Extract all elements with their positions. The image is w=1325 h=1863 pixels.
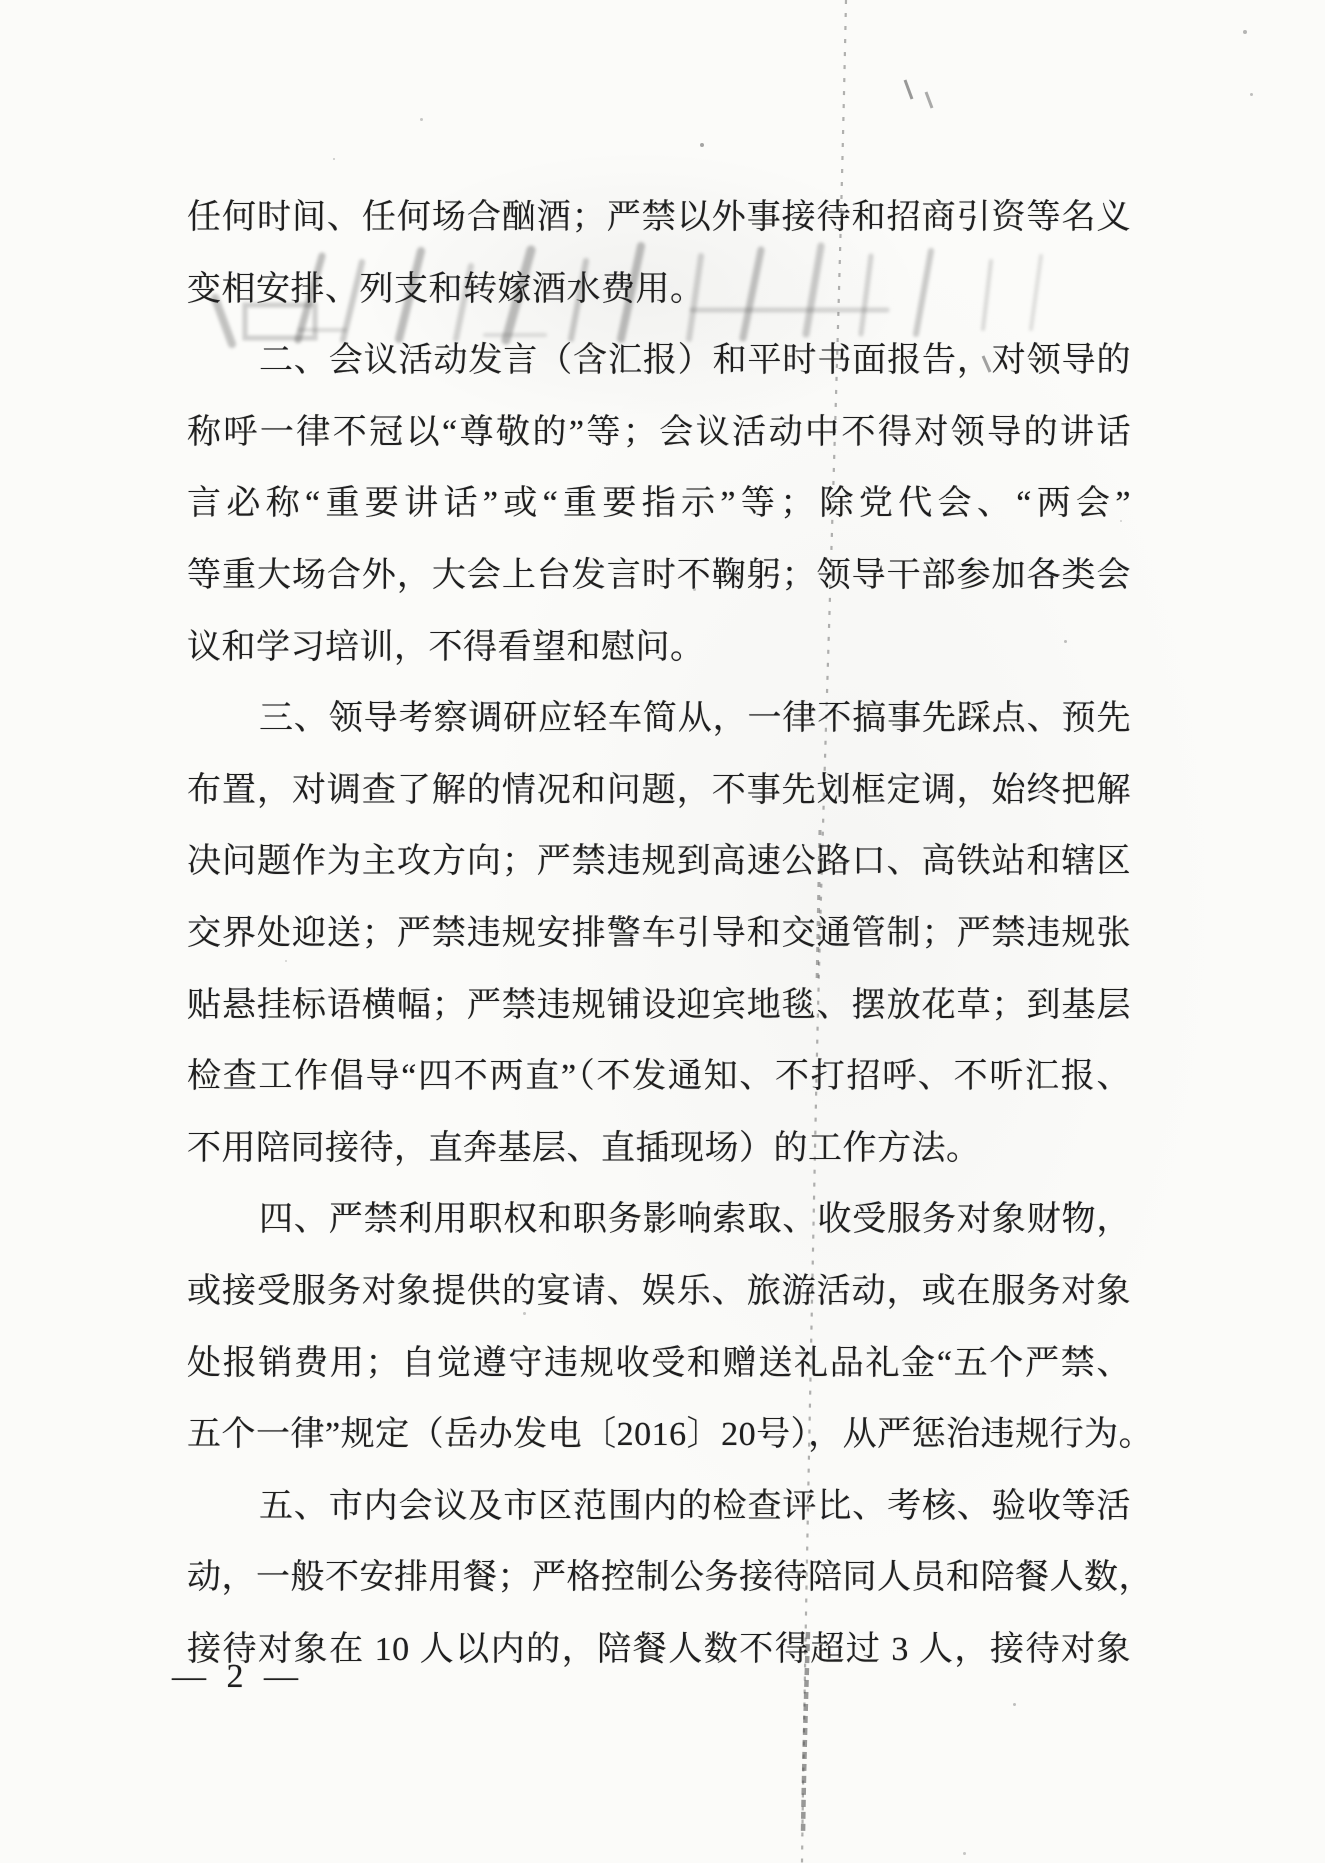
scan-speck [420, 118, 423, 121]
text-line: 交界处迎送；严禁违规安排警车引导和交通管制；严禁违规张 [187, 898, 1131, 970]
text-line: 二、会议活动发言（含汇报）和平时书面报告，对领导的 [187, 325, 1131, 397]
page-number: — 2 — [172, 1658, 304, 1696]
document-body-text: 任何时间、任何场合酗酒；严禁以外事接待和招商引资等名义变相安排、列支和转嫁酒水费… [187, 182, 1131, 1685]
text-line: 四、严禁利用职权和职务影响索取、收受服务对象财物， [187, 1184, 1131, 1256]
text-line: 任何时间、任何场合酗酒；严禁以外事接待和招商引资等名义 [187, 182, 1131, 254]
text-line: 五个一律”规定（岳办发电〔2016〕20号），从严惩治违规行为。 [187, 1399, 1131, 1471]
scan-speck [333, 158, 335, 160]
text-line: 三、领导考察调研应轻车简从，一律不搞事先踩点、预先 [187, 683, 1131, 755]
text-line: 布置，对调查了解的情况和问题，不事先划框定调，始终把解 [187, 755, 1131, 827]
text-line: 言必称“重要讲话”或“重要指示”等；除党代会、“两会” [187, 468, 1131, 540]
scan-speck [700, 143, 704, 147]
scan-speck [1013, 1703, 1016, 1706]
scan-speck [1250, 93, 1253, 96]
text-line: 动，一般不安排用餐；严格控制公务接待陪同人员和陪餐人数， [187, 1542, 1131, 1614]
text-line: 称呼一律不冠以“尊敬的”等；会议活动中不得对领导的讲话 [187, 397, 1131, 469]
text-line: 决问题作为主攻方向；严禁违规到高速公路口、高铁站和辖区 [187, 826, 1131, 898]
text-line: 或接受服务对象提供的宴请、娱乐、旅游活动，或在服务对象 [187, 1256, 1131, 1328]
text-line: 变相安排、列支和转嫁酒水费用。 [187, 254, 1131, 326]
text-line: 等重大场合外，大会上台发言时不鞠躬；领导干部参加各类会 [187, 540, 1131, 612]
scan-speck [1243, 30, 1247, 34]
scanned-document-page: 任何时间、任何场合酗酒；严禁以外事接待和招商引资等名义变相安排、列支和转嫁酒水费… [0, 0, 1325, 1863]
text-line: 不用陪同接待，直奔基层、直插现场）的工作方法。 [187, 1113, 1131, 1185]
text-line: 接待对象在 10 人以内的，陪餐人数不得超过 3 人，接待对象 [187, 1614, 1131, 1686]
text-line: 检查工作倡导“四不两直”（不发通知、不打招呼、不听汇报、 [187, 1041, 1131, 1113]
text-line: 五、市内会议及市区范围内的检查评比、考核、验收等活 [187, 1471, 1131, 1543]
text-line: 处报销费用；自觉遵守违规收受和赠送礼品礼金“五个严禁、 [187, 1328, 1131, 1400]
scan-speck [963, 1852, 966, 1855]
text-line: 贴悬挂标语横幅；严禁违规铺设迎宾地毯、摆放花草；到基层 [187, 970, 1131, 1042]
text-line: 议和学习培训，不得看望和慰问。 [187, 612, 1131, 684]
